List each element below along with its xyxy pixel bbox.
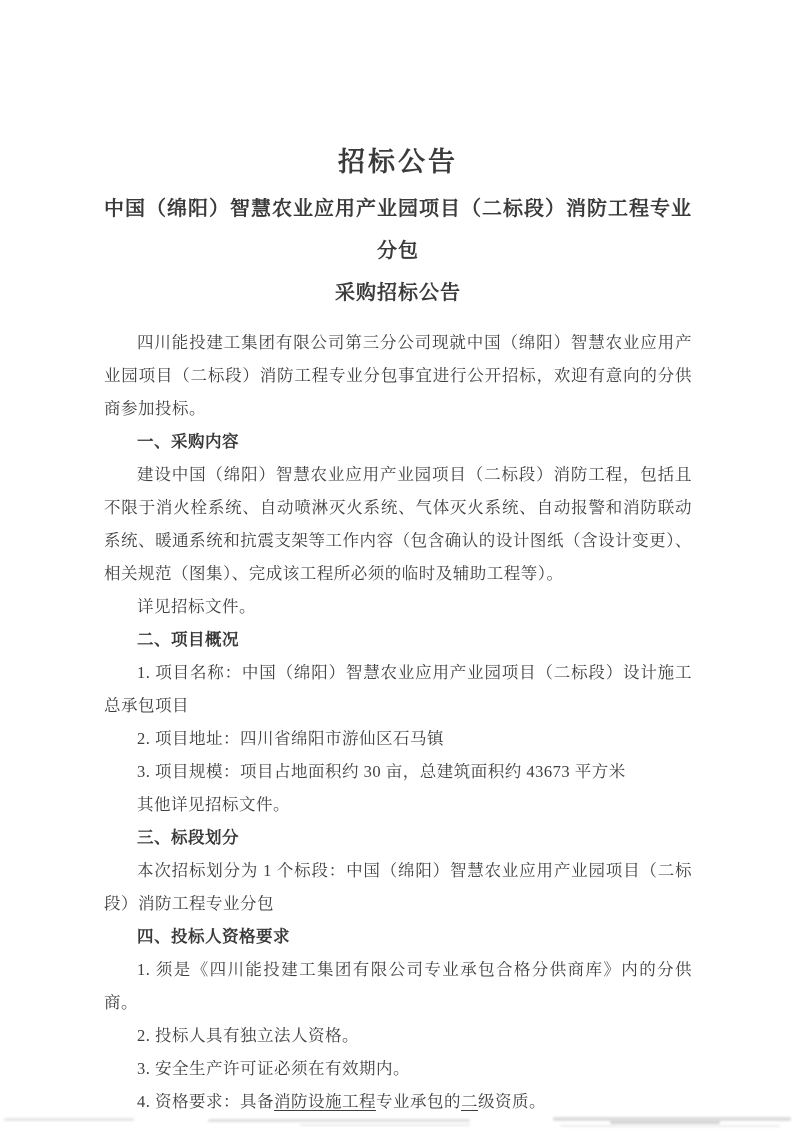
qualification-item-4-suffix: 级资质。 [478, 1092, 546, 1111]
document-text: 四川能投建工集团有限公司第三分公司现就中国（绵阳）智慧农业应用产业园项目（二标段… [104, 326, 692, 1118]
project-address-paragraph: 2. 项目地址：四川省绵阳市游仙区石马镇 [104, 722, 692, 755]
section-heading-bid-sections: 三、标段划分 [104, 821, 692, 854]
subtitle-line-1: 中国（绵阳）智慧农业应用产业园项目（二标段）消防工程专业分包 [104, 188, 692, 272]
section-heading-procurement-content: 一、采购内容 [104, 425, 692, 458]
qualification-item-4-prefix: 4. 资格要求：具备 [137, 1092, 274, 1111]
project-scale-paragraph: 3. 项目规模：项目占地面积约 30 亩，总建筑面积约 43673 平方米 [104, 755, 692, 788]
document-subtitle: 中国（绵阳）智慧农业应用产业园项目（二标段）消防工程专业分包 采购招标公告 [104, 188, 692, 314]
see-tender-docs-paragraph: 详见招标文件。 [104, 590, 692, 623]
scan-artifact-smudge [610, 1121, 720, 1124]
qualification-item-4-middle: 专业承包的 [376, 1092, 461, 1111]
qualification-item-3: 3. 安全生产许可证必须在有效期内。 [104, 1052, 692, 1085]
scan-artifact-smudge [300, 1124, 470, 1126]
scan-artifact-smudge [560, 1125, 780, 1127]
procurement-scope-paragraph: 建设中国（绵阳）智慧农业应用产业园项目（二标段）消防工程，包括且不限于消火栓系统… [104, 458, 692, 590]
scan-artifact-smudge [208, 1119, 470, 1122]
qualification-item-4-underlined-grade: 二 [461, 1092, 478, 1111]
qualification-item-1: 1. 须是《四川能投建工集团有限公司专业承包合格分供商库》内的分供商。 [104, 953, 692, 1019]
document-title: 招标公告 [104, 146, 692, 178]
qualification-item-2: 2. 投标人具有独立法人资格。 [104, 1019, 692, 1052]
section-heading-project-overview: 二、项目概况 [104, 623, 692, 656]
other-details-paragraph: 其他详见招标文件。 [104, 788, 692, 821]
scan-artifact-smudge [4, 1118, 134, 1121]
bid-section-division-paragraph: 本次招标划分为 1 个标段：中国（绵阳）智慧农业应用产业园项目（二标段）消防工程… [104, 854, 692, 920]
subtitle-line-2: 采购招标公告 [104, 272, 692, 314]
scanned-document-page: 招标公告 中国（绵阳）智慧农业应用产业园项目（二标段）消防工程专业分包 采购招标… [0, 0, 800, 1131]
document-body: 招标公告 中国（绵阳）智慧农业应用产业园项目（二标段）消防工程专业分包 采购招标… [104, 0, 692, 1118]
section-heading-bidder-qualifications: 四、投标人资格要求 [104, 920, 692, 953]
qualification-item-4-underlined-specialty: 消防设施工程 [274, 1092, 376, 1111]
project-name-paragraph: 1. 项目名称：中国（绵阳）智慧农业应用产业园项目（二标段）设计施工总承包项目 [104, 656, 692, 722]
qualification-item-4: 4. 资格要求：具备消防设施工程专业承包的二级资质。 [104, 1085, 692, 1118]
intro-paragraph: 四川能投建工集团有限公司第三分公司现就中国（绵阳）智慧农业应用产业园项目（二标段… [104, 326, 692, 425]
